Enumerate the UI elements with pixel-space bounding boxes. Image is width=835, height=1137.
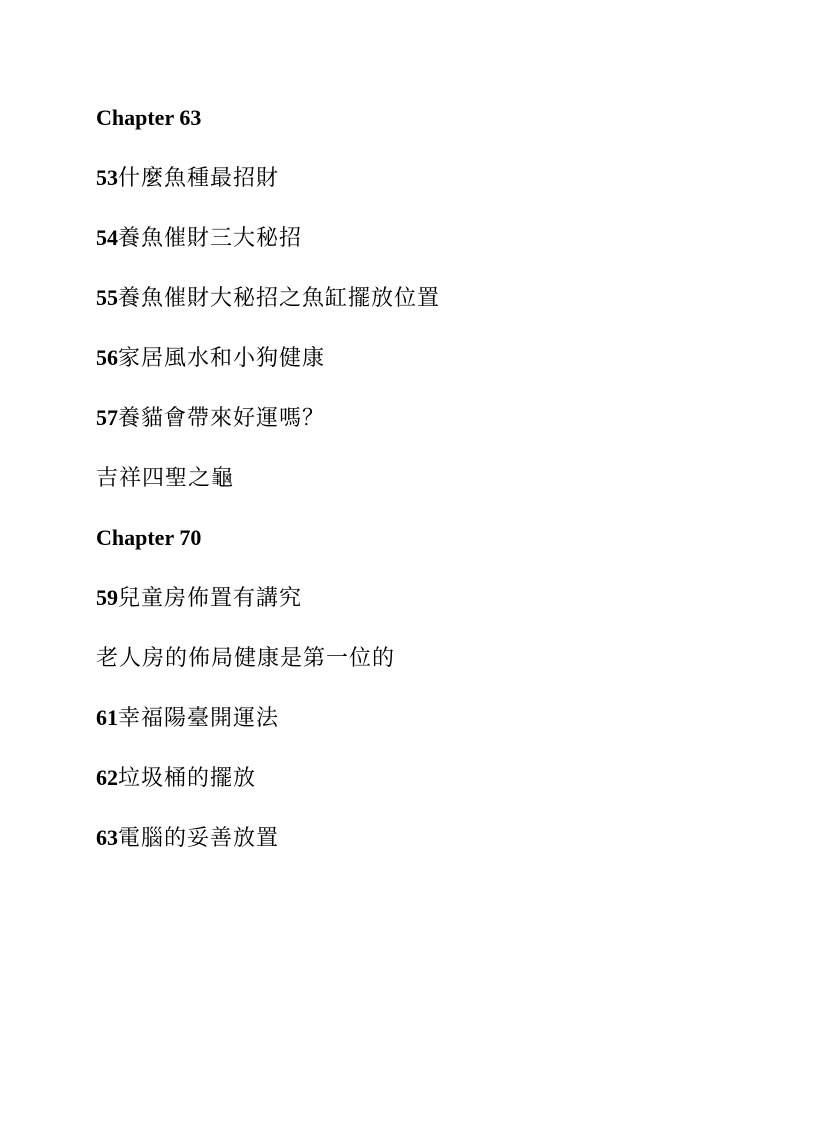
item-number: 56 bbox=[96, 345, 118, 370]
item-title: 垃圾桶的擺放 bbox=[118, 765, 256, 790]
toc-item: 56家居風水和小狗健康 bbox=[96, 343, 796, 403]
toc-item: 59兒童房佈置有講究 bbox=[96, 583, 796, 643]
item-title: 什麼魚種最招財 bbox=[118, 165, 279, 190]
item-title: 吉祥四聖之龜 bbox=[96, 465, 234, 490]
toc-item: 吉祥四聖之龜 bbox=[96, 463, 796, 523]
item-title: 電腦的妥善放置 bbox=[118, 825, 279, 850]
item-number: 62 bbox=[96, 765, 118, 790]
toc-item: 63電腦的妥善放置 bbox=[96, 823, 796, 883]
toc-item: 老人房的佈局健康是第一位的 bbox=[96, 643, 796, 703]
item-title: 老人房的佈局健康是第一位的 bbox=[96, 645, 395, 670]
toc-item: 54養魚催財三大秘招 bbox=[96, 223, 796, 283]
item-title: 兒童房佈置有講究 bbox=[118, 585, 302, 610]
chapter-heading: Chapter 70 bbox=[96, 523, 796, 583]
toc-item: 61幸福陽臺開運法 bbox=[96, 703, 796, 763]
toc-item: 57養貓會帶來好運嗎？ bbox=[96, 403, 796, 463]
item-title: 家居風水和小狗健康 bbox=[118, 345, 325, 370]
item-title: 養魚催財大秘招之魚缸擺放位置 bbox=[118, 285, 440, 310]
item-number: 61 bbox=[96, 705, 118, 730]
chapter-heading: Chapter 63 bbox=[96, 103, 796, 163]
item-title: 養貓會帶來好運嗎？ bbox=[118, 405, 325, 430]
item-number: 53 bbox=[96, 165, 118, 190]
document-page: Chapter 63 53什麼魚種最招財 54養魚催財三大秘招 55養魚催財大秘… bbox=[96, 103, 796, 883]
item-number: 55 bbox=[96, 285, 118, 310]
item-number: 63 bbox=[96, 825, 118, 850]
item-number: 54 bbox=[96, 225, 118, 250]
toc-item: 55養魚催財大秘招之魚缸擺放位置 bbox=[96, 283, 796, 343]
toc-item: 53什麼魚種最招財 bbox=[96, 163, 796, 223]
item-title: 幸福陽臺開運法 bbox=[118, 705, 279, 730]
item-number: 59 bbox=[96, 585, 118, 610]
item-title: 養魚催財三大秘招 bbox=[118, 225, 302, 250]
item-number: 57 bbox=[96, 405, 118, 430]
toc-item: 62垃圾桶的擺放 bbox=[96, 763, 796, 823]
